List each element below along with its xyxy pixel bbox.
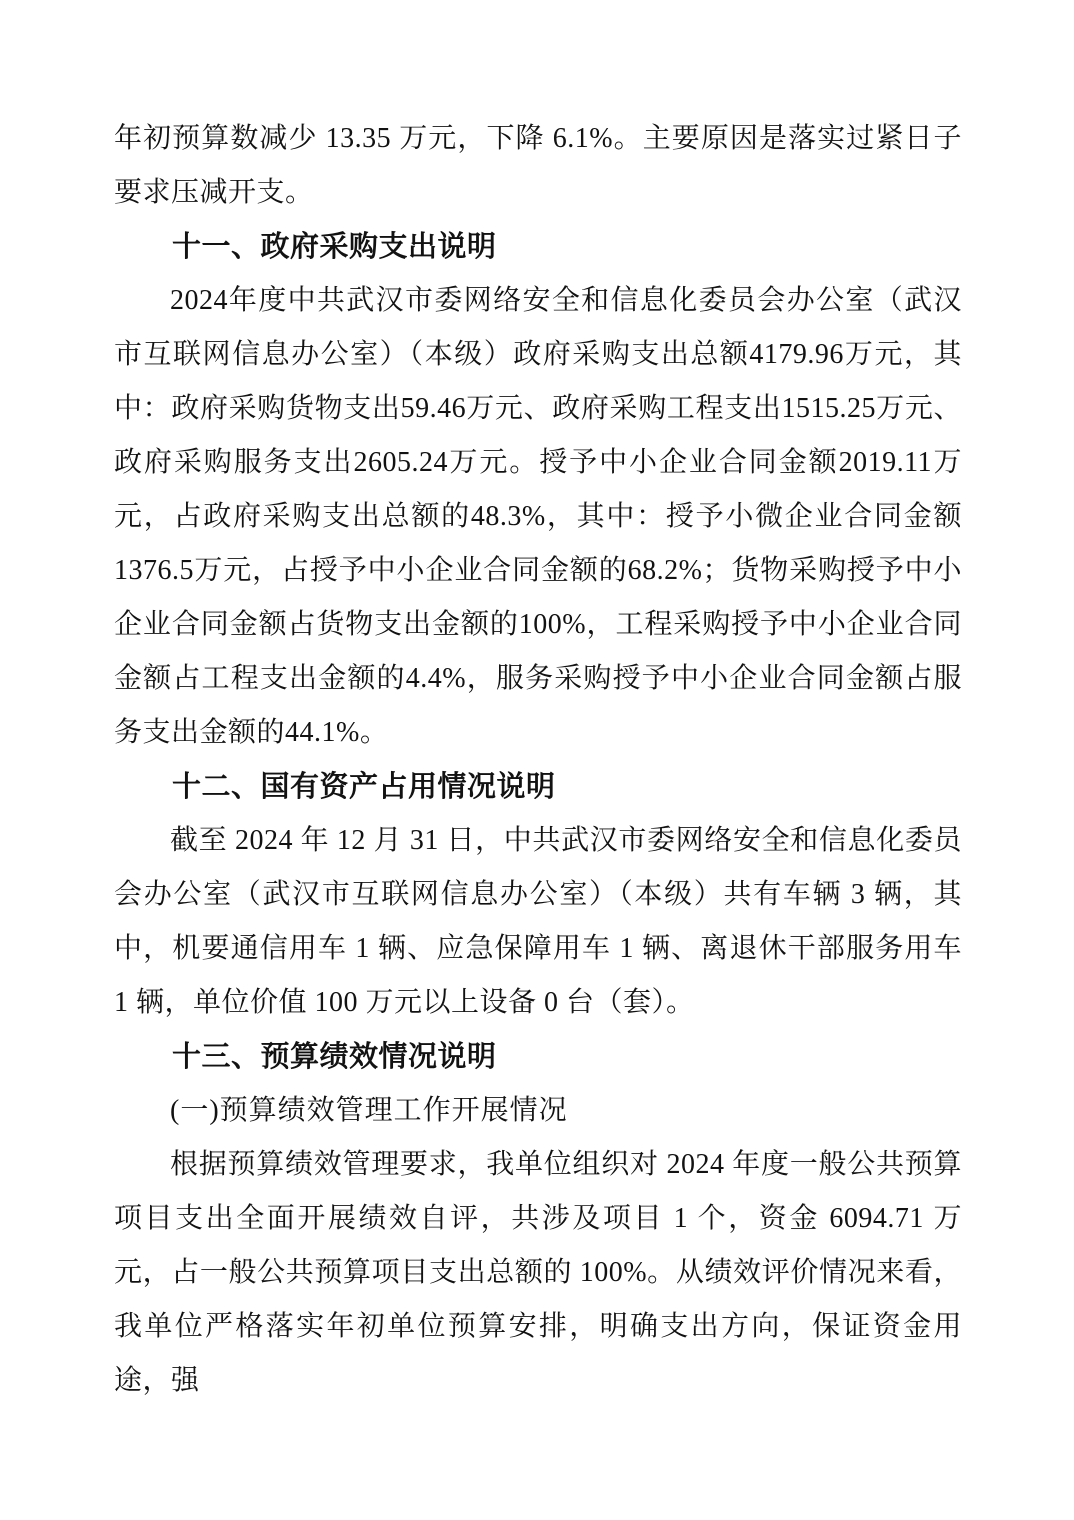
paragraph-state-assets-details: 截至 2024 年 12 月 31 日，中共武汉市委网络安全和信息化委员会办公室…	[114, 814, 962, 1030]
section-heading-13-budget-performance: 十三、预算绩效情况说明	[114, 1030, 962, 1084]
document-page: 年初预算数减少 13.35 万元，下降 6.1%。主要原因是落实过紧日子要求压减…	[0, 0, 1074, 1520]
section-heading-11-government-procurement: 十一、政府采购支出说明	[114, 220, 962, 274]
paragraph-performance-details: 根据预算绩效管理要求，我单位组织对 2024 年度一般公共预算项目支出全面开展绩…	[114, 1138, 962, 1408]
paragraph-continuation-budget-decrease: 年初预算数减少 13.35 万元，下降 6.1%。主要原因是落实过紧日子要求压减…	[114, 112, 962, 220]
subheading-performance-management: (一)预算绩效管理工作开展情况	[114, 1084, 962, 1138]
paragraph-procurement-details: 2024年度中共武汉市委网络安全和信息化委员会办公室（武汉市互联网信息办公室）（…	[114, 274, 962, 760]
section-heading-12-state-assets: 十二、国有资产占用情况说明	[114, 760, 962, 814]
